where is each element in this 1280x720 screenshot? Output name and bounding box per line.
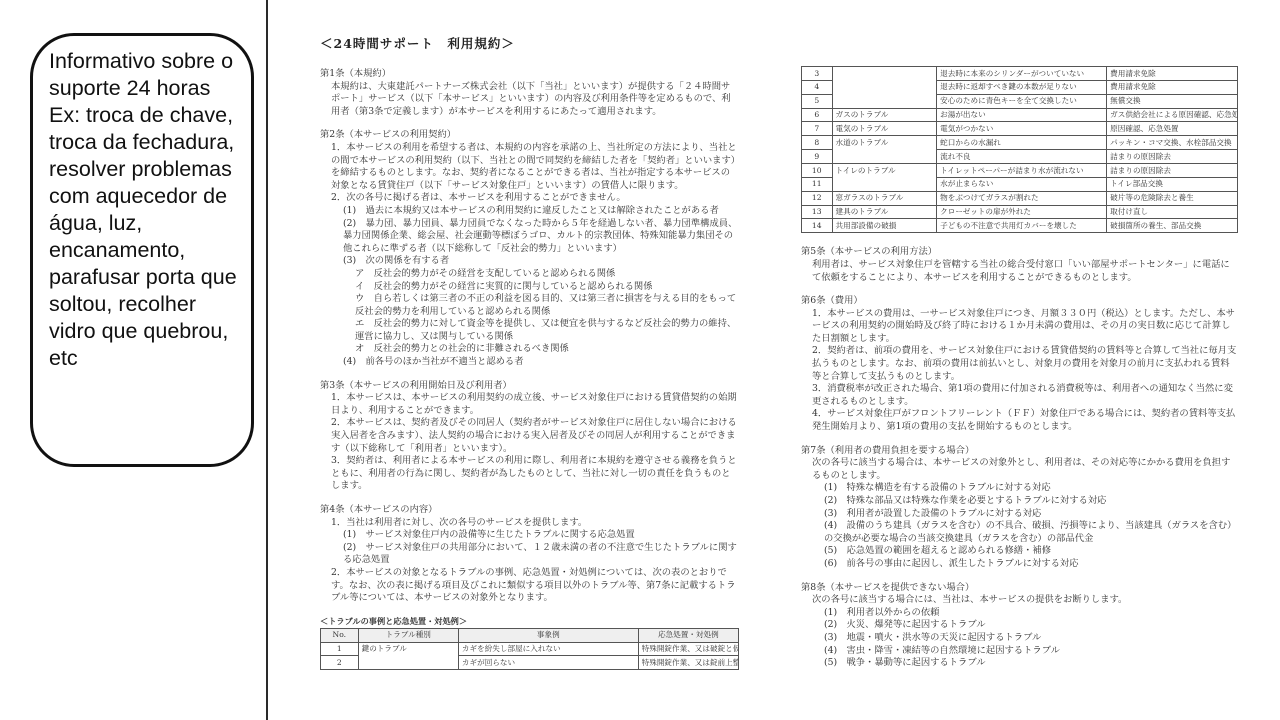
table-cell: 8 (802, 136, 833, 150)
table-row: 12窓ガラスのトラブル物をぶつけてガラスが割れた破片等の危険除去と養生 (802, 191, 1238, 205)
article-item: (6) 前各号の事由に起因し、派生したトラブルに対する対応 (801, 558, 1238, 571)
table-header-cell: 事象例 (458, 628, 638, 642)
note-line-1: Informativo sobre o suporte 24 horas (49, 48, 241, 102)
article-item: 次の各号に該当する場合には、当社は、本サービスの提供をお断りします。 (801, 594, 1238, 607)
article-item: オ 反社会的勢力との社会的に非難されるべき関係 (320, 343, 739, 356)
article-item: (3) 利用者が設置した設備のトラブルに対する対応 (801, 508, 1238, 521)
table-cell: 10 (802, 164, 833, 178)
table-cell: 詰まりの原因除去 (1107, 150, 1238, 164)
table-cell: 2 (321, 656, 359, 670)
trouble-table: No.トラブル種別事象例応急処置・対処例1鍵のトラブルカギを紛失し部屋に入れない… (320, 628, 739, 671)
article: 第6条（費用）1．本サービスの費用は、一サービス対象住戸につき、月額３３０円（税… (801, 295, 1238, 434)
table-header-cell: トラブル種別 (358, 628, 458, 642)
table-cell: 特殊開錠作業、又は錠前上整錠設置 (638, 656, 738, 670)
table-cell: 5 (802, 94, 833, 108)
trouble-table: 3退去時に本来のシリンダーがついていない費用請求免除4退去時に返却すべき鍵の本数… (801, 66, 1238, 233)
article-item: 1．本サービスの費用は、一サービス対象住戸につき、月額３３０円（税込）とします。… (801, 308, 1238, 346)
table-cell: 水が止まらない (937, 177, 1107, 191)
article-item: 1．当社は利用者に対し、次の各号のサービスを提供します。 (320, 517, 739, 530)
article-item: (4) 前各号のほか当社が不適当と認める者 (320, 356, 739, 369)
table-row: 8水道のトラブル蛇口からの水漏れパッキン・コマ交換、水栓部品交換 (802, 136, 1238, 150)
article-item: ア 反社会的勢力がその経営を支配していると認められる関係 (320, 268, 739, 281)
table-cell: 無償交換 (1107, 94, 1238, 108)
table-cell: 特殊開錠作業、又は破錠と仮錠設置 (638, 642, 738, 656)
left-articles: 第1条（本規約）本規約は、大東建託パートナーズ株式会社（以下「当社」といいます）… (320, 68, 739, 605)
table-row: 3退去時に本来のシリンダーがついていない費用請求免除 (802, 67, 1238, 81)
article-item: (3) 次の関係を有する者 (320, 255, 739, 268)
article: 第4条（本サービスの内容）1．当社は利用者に対し、次の各号のサービスを提供します… (320, 504, 739, 605)
article-item: (4) 設備のうち建具（ガラスを含む）の不具合、破損、汚損等により、当該建具（ガ… (801, 520, 1238, 545)
article-item: エ 反社会的勢力に対して資金等を提供し、又は便宜を供与するなど反社会的勢力の維持… (320, 318, 739, 343)
table-cell: 11 (802, 177, 833, 191)
table-cell: 窓ガラスのトラブル (832, 191, 937, 205)
article-item: (5) 応急処置の範囲を超えると認められる修繕・補修 (801, 545, 1238, 558)
note-line-2: Ex: troca de chave, troca da fechadura, … (49, 102, 241, 372)
document-title: ＜24時間サポート 利用規約＞ (320, 34, 739, 52)
table-cell: 13 (802, 205, 833, 219)
table-cell: 3 (802, 67, 833, 81)
table-cell: 破片等の危険除去と養生 (1107, 191, 1238, 205)
table-cell: 建具のトラブル (832, 205, 937, 219)
table-cell: ガスのトラブル (832, 108, 937, 122)
table-cell: 費用請求免除 (1107, 67, 1238, 81)
right-articles: 第5条（本サービスの利用方法）利用者は、サービス対象住戸を管轄する当社の総合受付… (801, 246, 1238, 669)
table-row: 14共用部設備の破損子どもの不注意で共用灯カバーを壊した破損箇所の養生、部品交換 (802, 219, 1238, 233)
table-header-row: No.トラブル種別事象例応急処置・対処例 (321, 628, 739, 642)
article-item: 3．契約者は、利用者による本サービスの利用に際し、利用者に本規約を遵守させる義務… (320, 455, 739, 493)
article-heading: 第1条（本規約） (320, 68, 739, 81)
table-cell: 原因確認、応急処置 (1107, 122, 1238, 136)
article-item: 2．次の各号に掲げる者は、本サービスを利用することができません。 (320, 192, 739, 205)
table-cell: 子どもの不注意で共用灯カバーを壊した (937, 219, 1107, 233)
table-cell: 共用部設備の破損 (832, 219, 937, 233)
trouble-table-part2: 3退去時に本来のシリンダーがついていない費用請求免除4退去時に返却すべき鍵の本数… (801, 66, 1238, 233)
table-row: 13建具のトラブルクローゼットの扉が外れた取付け直し (802, 205, 1238, 219)
table-cell: パッキン・コマ交換、水栓部品交換 (1107, 136, 1238, 150)
table-header-cell: 応急処置・対処例 (638, 628, 738, 642)
article-heading: 第3条（本サービスの利用開始日及び利用者） (320, 380, 739, 393)
article-item: 2．契約者は、前項の費用を、サービス対象住戸における賃貸借契約の賃料等と合算して… (801, 345, 1238, 383)
table-caption: ＜トラブルの事例と応急処置・対処例＞ (320, 616, 739, 627)
table-cell: 破損箇所の養生、部品交換 (1107, 219, 1238, 233)
table-cell: 安心のために青色キーを全て交換したい (937, 94, 1107, 108)
article-item: (3) 地震・噴火・洪水等の天災に起因するトラブル (801, 632, 1238, 645)
table-cell: 6 (802, 108, 833, 122)
table-cell: 水道のトラブル (832, 136, 937, 164)
table-cell: 流れ不良 (937, 150, 1107, 164)
article-heading: 第5条（本サービスの利用方法） (801, 246, 1238, 259)
article-item: (1) 特殊な構造を有する設備のトラブルに対する対応 (801, 482, 1238, 495)
article-heading: 第7条（利用者の費用負担を要する場合） (801, 445, 1238, 458)
article-item: 利用者は、サービス対象住戸を管轄する当社の総合受付窓口「いい部屋サポートセンター… (801, 259, 1238, 284)
article: 第5条（本サービスの利用方法）利用者は、サービス対象住戸を管轄する当社の総合受付… (801, 246, 1238, 284)
article-item: 次の各号に該当する場合は、本サービスの対象外とし、利用者は、その対応等にかかる費… (801, 457, 1238, 482)
table-cell: カギを紛失し部屋に入れない (458, 642, 638, 656)
table-row: 1鍵のトラブルカギを紛失し部屋に入れない特殊開錠作業、又は破錠と仮錠設置 (321, 642, 739, 656)
article-item: (1) サービス対象住戸内の設備等に生じたトラブルに関する応急処置 (320, 529, 739, 542)
table-cell: トイレ部品交換 (1107, 177, 1238, 191)
article-item: 1．本サービスは、本サービスの利用契約の成立後、サービス対象住戸における賃貸借契… (320, 392, 739, 417)
table-cell (832, 67, 937, 109)
article-heading: 第4条（本サービスの内容） (320, 504, 739, 517)
article-item: (2) サービス対象住戸の共用部分において、１２歳未満の者の不注意で生じたトラブ… (320, 542, 739, 567)
article-item: (5) 戦争・暴動等に起因するトラブル (801, 657, 1238, 670)
table-cell: お湯が出ない (937, 108, 1107, 122)
note-callout: Informativo sobre o suporte 24 horas Ex:… (30, 33, 254, 467)
table-row: 10トイレのトラブルトイレットペーパーが詰まり水が流れない詰まりの原因除去 (802, 164, 1238, 178)
divider-line (266, 0, 268, 720)
table-cell: トイレットペーパーが詰まり水が流れない (937, 164, 1107, 178)
article: 第7条（利用者の費用負担を要する場合）次の各号に該当する場合は、本サービスの対象… (801, 445, 1238, 571)
article: 第3条（本サービスの利用開始日及び利用者）1．本サービスは、本サービスの利用契約… (320, 380, 739, 493)
table-cell: 4 (802, 80, 833, 94)
article-item: イ 反社会的勢力がその経営に実質的に関与していると認められる関係 (320, 281, 739, 294)
table-row: 6ガスのトラブルお湯が出ないガス供給会社による原因確認、応急処置 (802, 108, 1238, 122)
table-cell: 詰まりの原因除去 (1107, 164, 1238, 178)
article: 第1条（本規約）本規約は、大東建託パートナーズ株式会社（以下「当社」といいます）… (320, 68, 739, 118)
table-cell: 7 (802, 122, 833, 136)
article-item: (4) 害虫・降雪・凍結等の自然環境に起因するトラブル (801, 645, 1238, 658)
table-cell: 費用請求免除 (1107, 80, 1238, 94)
table-cell: 物をぶつけてガラスが割れた (937, 191, 1107, 205)
article-item: ウ 自ら若しくは第三者の不正の利益を図る目的、又は第三者に損害を与える目的をもっ… (320, 293, 739, 318)
article-heading: 第6条（費用） (801, 295, 1238, 308)
article-item: 2．本サービスは、契約者及びその同居人（契約者がサービス対象住戸に居住しない場合… (320, 417, 739, 455)
document-right-column: 3退去時に本来のシリンダーがついていない費用請求免除4退去時に返却すべき鍵の本数… (801, 66, 1238, 681)
article-item: 本規約は、大東建託パートナーズ株式会社（以下「当社」といいます）が提供する「２４… (320, 81, 739, 119)
table-cell: 電気がつかない (937, 122, 1107, 136)
table-header-cell: No. (321, 628, 359, 642)
article-item: 4．サービス対象住戸がフロントフリーレント（ＦＦ）対象住戸である場合には、契約者… (801, 408, 1238, 433)
table-cell: 退去時に返却すべき鍵の本数が足りない (937, 80, 1107, 94)
table-row: 7電気のトラブル電気がつかない原因確認、応急処置 (802, 122, 1238, 136)
article-item: (2) 火災、爆発等に起因するトラブル (801, 619, 1238, 632)
table-cell: 1 (321, 642, 359, 656)
article-item: 1．本サービスの利用を希望する者は、本規約の内容を承諾の上、当社所定の方法により… (320, 142, 739, 192)
table-cell: 鍵のトラブル (358, 642, 458, 670)
article-item: (1) 過去に本規約又は本サービスの利用契約に違反したこと又は解除されたことがあ… (320, 205, 739, 218)
article: 第2条（本サービスの利用契約）1．本サービスの利用を希望する者は、本規約の内容を… (320, 129, 739, 368)
table-cell: 12 (802, 191, 833, 205)
article-item: 3．消費税率が改正された場合、第1項の費用に付加される消費税等は、利用者への通知… (801, 383, 1238, 408)
article-item: (2) 暴力団、暴力団員、暴力団員でなくなった時から５年を経過しない者、暴力団準… (320, 218, 739, 256)
article-heading: 第2条（本サービスの利用契約） (320, 129, 739, 142)
slide-canvas: Informativo sobre o suporte 24 horas Ex:… (0, 0, 1280, 720)
table-cell: 電気のトラブル (832, 122, 937, 136)
document-left-column: ＜24時間サポート 利用規約＞ 第1条（本規約）本規約は、大東建託パートナーズ株… (320, 34, 739, 670)
table-cell: 蛇口からの水漏れ (937, 136, 1107, 150)
article-heading: 第8条（本サービスを提供できない場合） (801, 582, 1238, 595)
table-cell: クローゼットの扉が外れた (937, 205, 1107, 219)
table-cell: 取付け直し (1107, 205, 1238, 219)
table-cell: ガス供給会社による原因確認、応急処置 (1107, 108, 1238, 122)
table-cell: カギが回らない (458, 656, 638, 670)
table-cell: トイレのトラブル (832, 164, 937, 192)
article-item: (2) 特殊な部品又は特殊な作業を必要とするトラブルに対する対応 (801, 495, 1238, 508)
article-item: (1) 利用者以外からの依頼 (801, 607, 1238, 620)
table-cell: 9 (802, 150, 833, 164)
trouble-table-part1: No.トラブル種別事象例応急処置・対処例1鍵のトラブルカギを紛失し部屋に入れない… (320, 628, 739, 671)
article: 第8条（本サービスを提供できない場合）次の各号に該当する場合には、当社は、本サー… (801, 582, 1238, 670)
table-cell: 退去時に本来のシリンダーがついていない (937, 67, 1107, 81)
article-item: 2．本サービスの対象となるトラブルの事例、応急処置・対処例については、次の表のと… (320, 567, 739, 605)
table-cell: 14 (802, 219, 833, 233)
